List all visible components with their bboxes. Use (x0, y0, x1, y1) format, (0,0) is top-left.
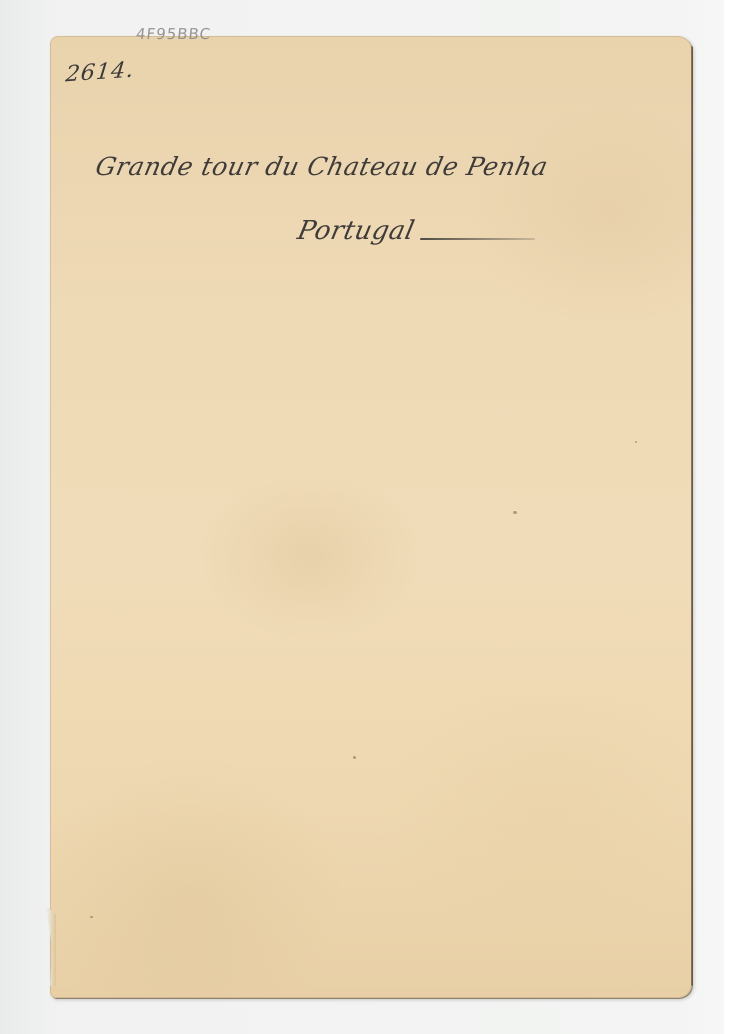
card-edge (691, 46, 693, 986)
caption-underline-flourish (420, 238, 535, 240)
paper-speck (353, 756, 356, 759)
handwritten-caption-title: Grande tour du Chateau de Penha (93, 152, 689, 181)
paper-speck (513, 511, 517, 514)
pencil-catalog-note: 4F95BBC (135, 25, 212, 43)
inventory-number: 2614. (64, 58, 135, 88)
handwritten-caption-place: Portugal (295, 216, 418, 246)
paper-speck (90, 916, 93, 918)
paper-speck (635, 441, 637, 443)
scan-margin-strip (724, 0, 750, 1034)
